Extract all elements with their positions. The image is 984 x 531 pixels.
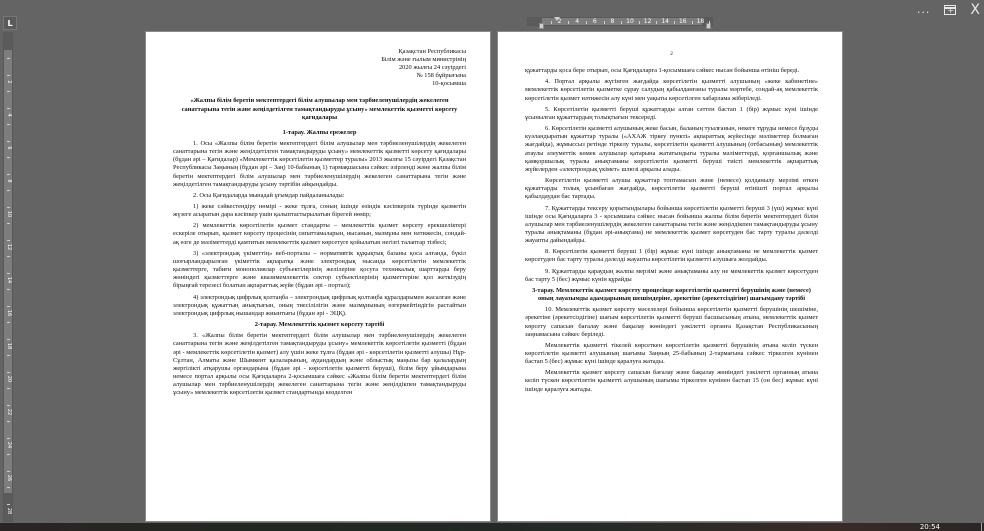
ruler-tick	[7, 91, 10, 92]
ruler-tick	[7, 256, 10, 257]
ruler-label: 28	[6, 506, 12, 516]
ruler-label: 6	[593, 18, 597, 26]
ruler-tick	[7, 355, 10, 356]
vertical-ruler[interactable]: 246810121416182022242628	[3, 32, 13, 522]
ruler-tick	[7, 174, 10, 175]
ruler-tick	[7, 108, 10, 109]
ruler-label: 12	[6, 242, 12, 252]
ruler-tick	[692, 21, 693, 24]
ruler-tick	[7, 75, 10, 76]
paragraph: Мемлекеттік қызметті тікелей көрсеткен к…	[525, 342, 818, 366]
paragraph: Мемлекеттік қызмет көрсету сапасын бағал…	[525, 369, 818, 393]
document-page-2[interactable]: 2 құжаттарды қоса бере отырып, осы Қағид…	[498, 32, 842, 521]
paragraph: 1) жеке сәйкестендіру нөмірі - жеке тұлғ…	[173, 203, 466, 219]
ruler-tick	[7, 504, 10, 505]
ruler-tick	[709, 21, 710, 24]
ruler-tick	[604, 21, 605, 24]
paragraph: Көрсетілетін қызметті алушы құжаттар топ…	[525, 177, 818, 201]
ruler-label: 4	[6, 110, 12, 120]
more-options-icon[interactable]: ...	[917, 3, 931, 17]
paragraph: 2) мемлекеттік көрсетілетін қызмет станд…	[173, 222, 466, 246]
ruler-tick	[621, 21, 622, 24]
ruler-label: 4	[575, 18, 579, 26]
ruler-label: 8	[6, 176, 12, 186]
ruler-tick	[639, 21, 640, 24]
taskbar: 20:54	[0, 523, 984, 531]
ruler-label: 26	[6, 473, 12, 483]
header-line: Қазақстан Республикасы	[173, 48, 466, 56]
page-2-content: 2 құжаттарды қоса бере отырып, осы Қағид…	[525, 50, 818, 397]
clock[interactable]: 20:54	[920, 524, 940, 531]
ruler-tick	[7, 240, 10, 241]
window-controls: ... X	[917, 2, 980, 18]
ruler-tick	[7, 141, 10, 142]
ruler-label: 18	[6, 341, 12, 351]
ruler-tick	[7, 306, 10, 307]
ruler-label: 2	[558, 18, 562, 26]
document-page-1[interactable]: Қазақстан Республикасы Білім және ғылым …	[146, 32, 490, 521]
paragraph: 9. Құжаттарды қараудың жалпы мерзімі жән…	[525, 268, 818, 284]
ruler-tick	[7, 190, 10, 191]
page-1-content: Қазақстан Республикасы Білім және ғылым …	[173, 48, 466, 400]
ruler-top-margin	[4, 33, 12, 50]
tab-stop-selector[interactable]: L	[3, 16, 17, 30]
ruler-tick	[7, 438, 10, 439]
ruler-tick	[586, 21, 587, 24]
paragraph: 4. Портал арқылы жүгінген жағдайда көрсе…	[525, 78, 818, 102]
paragraph: 7. Құжаттарды тексеру қорытындылары бойы…	[525, 205, 818, 246]
ruler-label: 14	[661, 18, 669, 26]
ruler-label: 6	[6, 143, 12, 153]
restore-window-icon[interactable]	[944, 5, 956, 15]
document-title: «Жалпы білім беретін мектептердегі білім…	[173, 97, 466, 121]
section-1-title: 1-тарау. Жалпы ережелер	[173, 129, 466, 137]
ruler-tick	[7, 322, 10, 323]
ruler-tick	[674, 21, 675, 24]
ruler-label: 2	[6, 77, 12, 87]
paragraph: 2. Осы Қағидаларда мынадай ұғымдар пайда…	[173, 192, 466, 200]
header-line: 2020 жылғы 24 сәуірдегі	[173, 64, 466, 72]
ruler-tick	[7, 273, 10, 274]
ruler-tick	[7, 471, 10, 472]
ruler-label: 8	[610, 18, 614, 26]
ruler-label: 16	[6, 308, 12, 318]
ruler-tick	[7, 207, 10, 208]
appendix-header: Қазақстан Республикасы Білім және ғылым …	[173, 48, 466, 88]
horizontal-ruler[interactable]: 24681012141618	[527, 17, 713, 26]
paragraph: 10. Мемлекеттік қызмет көрсету мәселелер…	[525, 306, 818, 339]
paragraph: 1. Осы «Жалпы білім беретін мектептердег…	[173, 140, 466, 189]
ruler-label: 12	[644, 18, 652, 26]
header-line: Білім және ғылым министрінің	[173, 56, 466, 64]
ruler-tick	[7, 289, 10, 290]
ruler-tick	[551, 21, 552, 24]
ruler-tick	[568, 21, 569, 24]
show-desktop-button[interactable]	[981, 523, 982, 531]
ruler-tick	[656, 21, 657, 24]
ruler-label: 22	[6, 407, 12, 417]
header-line: № 158 бұйрығына	[173, 72, 466, 80]
ruler-tick	[7, 487, 10, 488]
ruler-tick	[7, 124, 10, 125]
ruler-tick	[7, 421, 10, 422]
paragraph: құжаттарды қоса бере отырып, осы Қағидал…	[525, 67, 818, 75]
paragraph: 4) электрондық цифрлық қолтаңба – электр…	[173, 294, 466, 318]
paragraph: 3. «Жалпы білім беретін мектептердегі бі…	[173, 332, 466, 397]
ruler-label: 24	[6, 440, 12, 450]
ruler-tick	[7, 58, 10, 59]
paragraph: 5. Көрсетілетін қызметті беруші құжаттар…	[525, 106, 818, 122]
ruler-tick	[7, 405, 10, 406]
tab-stop-left-icon: L	[7, 19, 12, 28]
ruler-label: 16	[679, 18, 687, 26]
section-2-title: 2-тарау. Мемлекеттік қызмет көрсету тәрт…	[173, 321, 466, 329]
ruler-tick	[7, 157, 10, 158]
paragraph: 8. Көрсетілетін қызметті беруші 1 (бір) …	[525, 248, 818, 264]
ruler-label: 10	[626, 18, 634, 26]
ruler-label: 18	[697, 18, 705, 26]
ruler-tick	[7, 372, 10, 373]
header-line: 10-қосымша	[173, 80, 466, 88]
ruler-label: 14	[6, 275, 12, 285]
ruler-tick	[7, 454, 10, 455]
ruler-label: 10	[6, 209, 12, 219]
ruler-tick	[7, 223, 10, 224]
ruler-tick	[7, 388, 10, 389]
left-indent-marker[interactable]	[539, 23, 544, 29]
paragraph: 6. Көрсетілетін қызметті алушының жеке б…	[525, 125, 818, 174]
section-3-title: 3-тарау. Мемлекеттік қызмет көрсету проц…	[525, 287, 818, 303]
ruler-tick	[7, 339, 10, 340]
page-number: 2	[525, 50, 818, 58]
paragraph: 3) «электрондық үкіметтің» веб-порталы –…	[173, 250, 466, 291]
ruler-label: 20	[6, 374, 12, 384]
close-icon[interactable]: X	[970, 3, 980, 17]
